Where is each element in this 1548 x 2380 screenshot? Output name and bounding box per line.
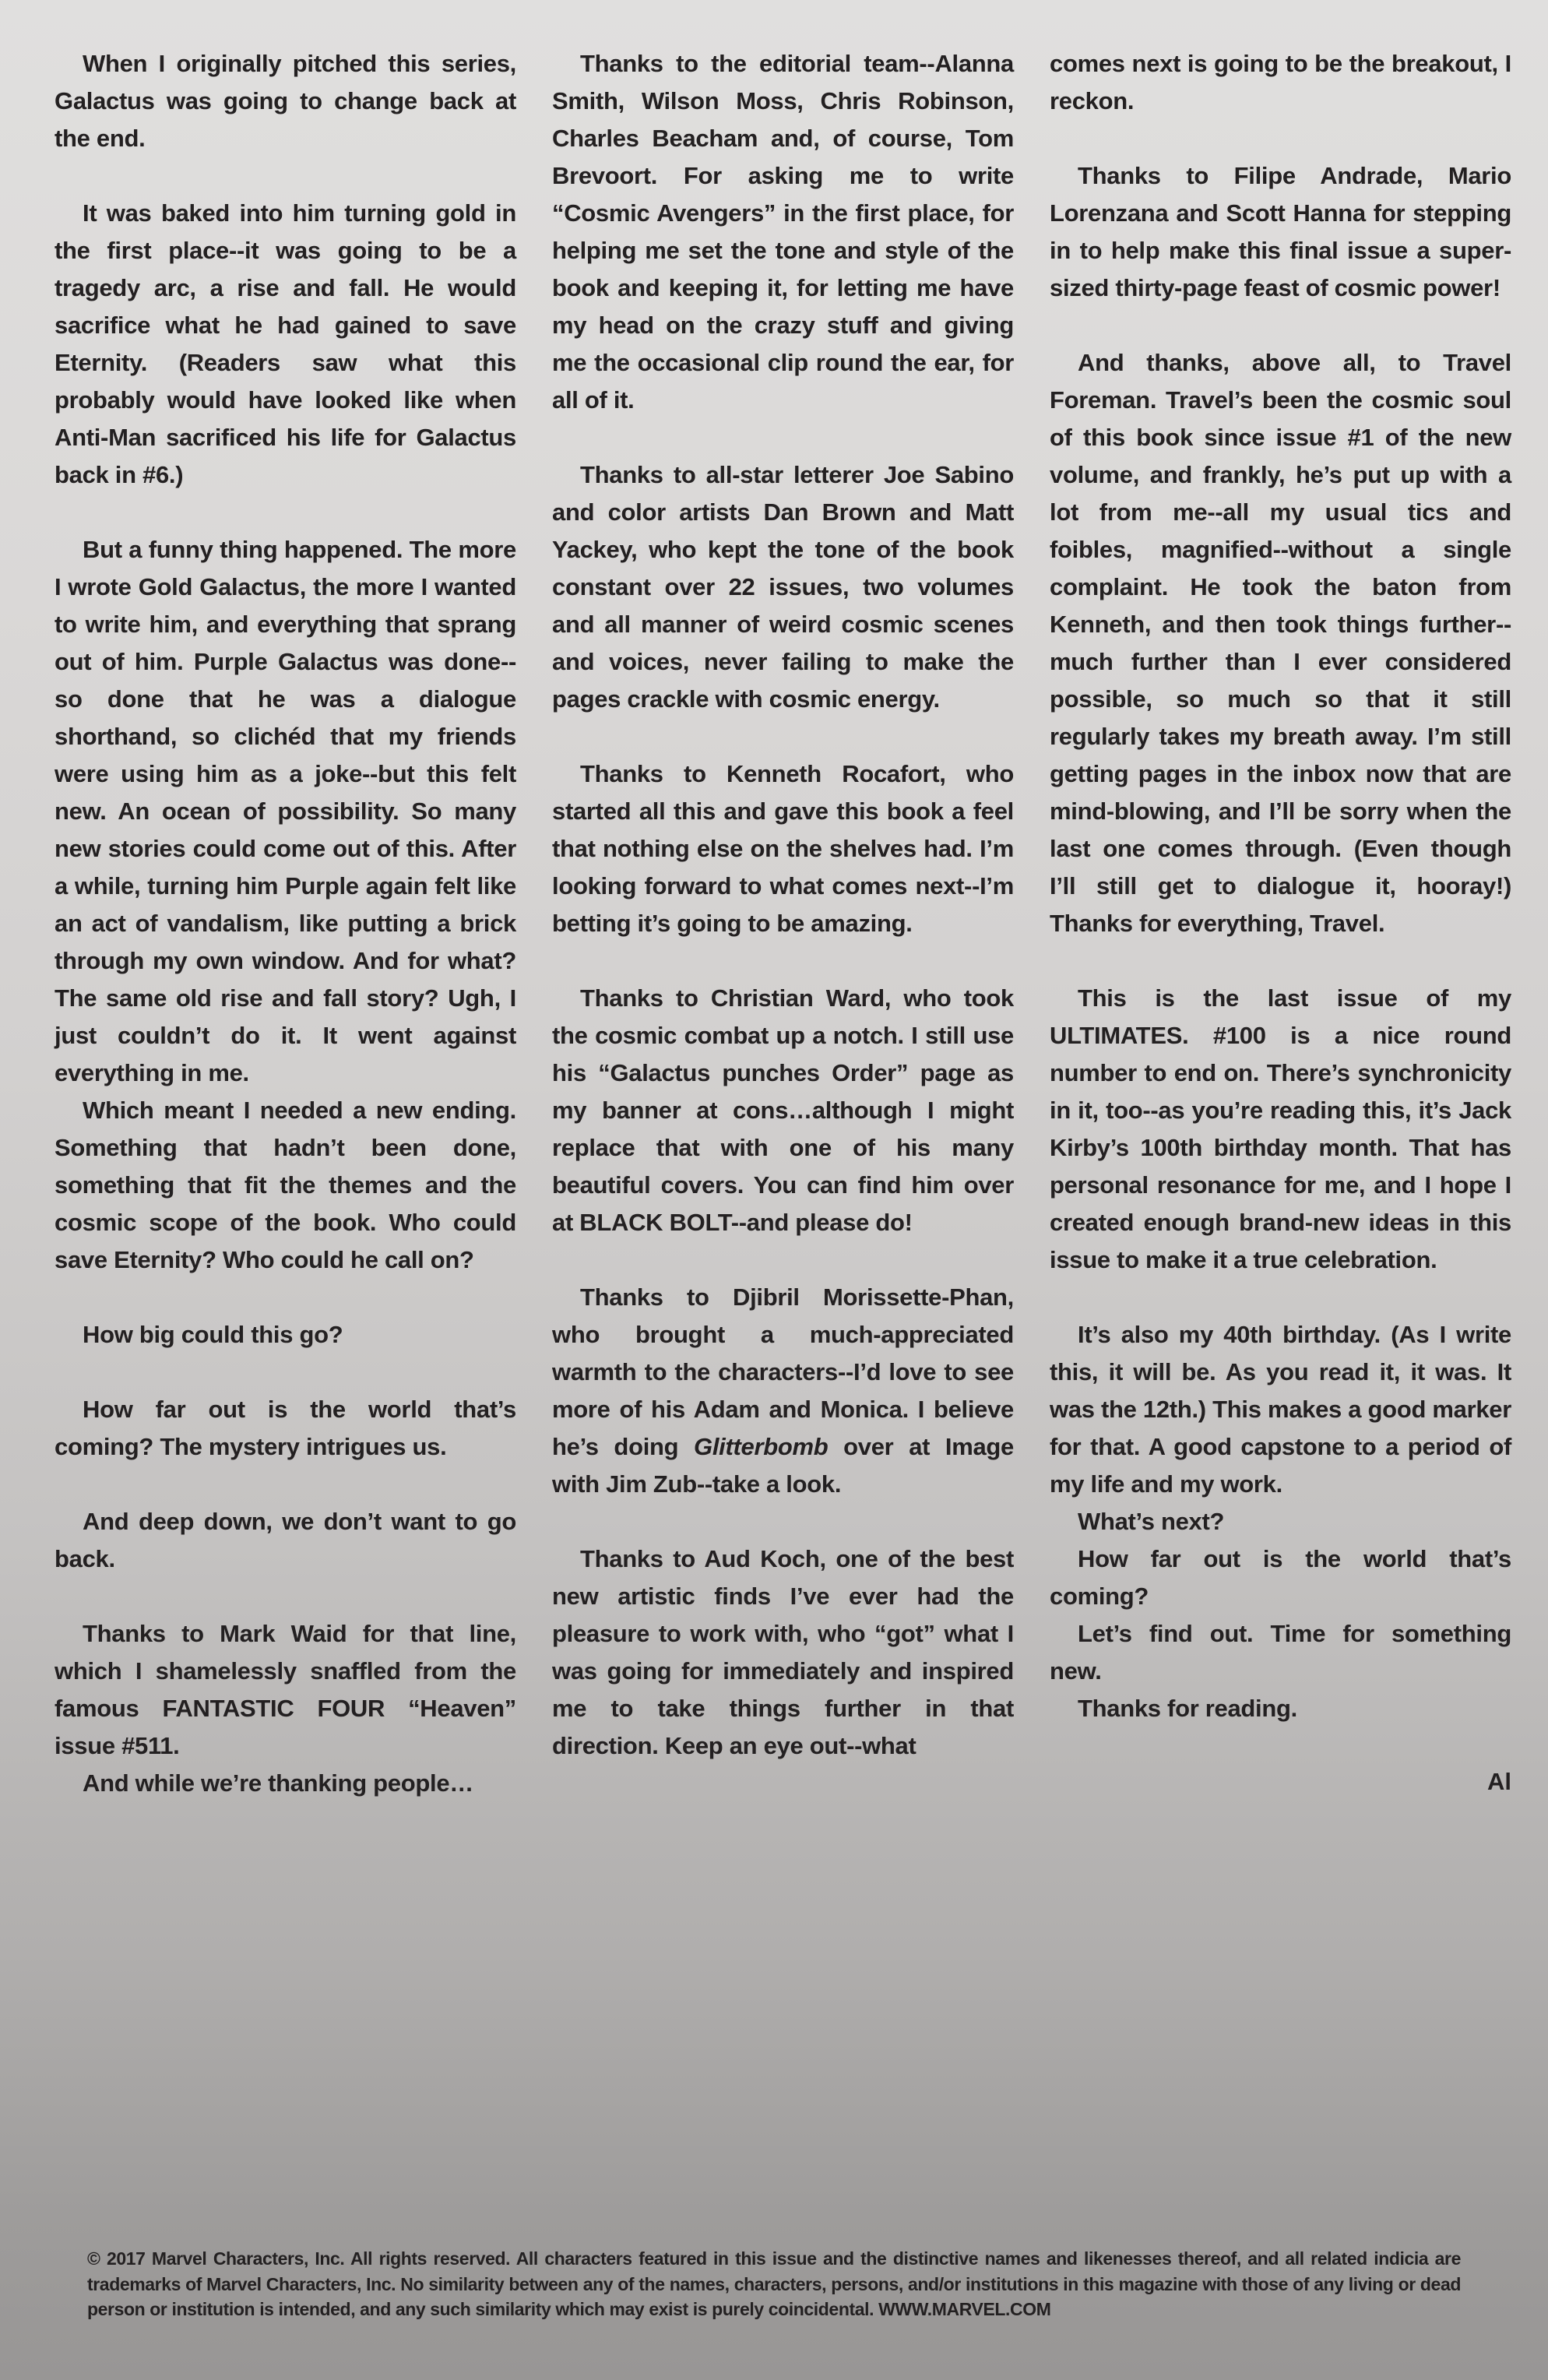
paragraph: Thanks to Kenneth Rocafort, who started … <box>552 755 1014 942</box>
paragraph: What’s next? <box>1050 1503 1511 1540</box>
column-right: comes next is going to be the breakout, … <box>1050 45 1511 1802</box>
paragraph: And deep down, we don’t want to go back. <box>55 1503 516 1578</box>
paragraph: Thanks for reading. <box>1050 1690 1511 1727</box>
column-middle: Thanks to the editorial team--Alanna Smi… <box>552 45 1014 1802</box>
paragraph: Thanks to Aud Koch, one of the best new … <box>552 1540 1014 1765</box>
paragraph: Thanks to Djibril Morissette-Phan, who b… <box>552 1279 1014 1503</box>
paragraph: Thanks to the editorial team--Alanna Smi… <box>552 45 1014 419</box>
paragraph: This is the last issue of my ULTIMATES. … <box>1050 980 1511 1279</box>
author-signature: Al <box>1050 1763 1511 1801</box>
paragraph: It’s also my 40th birthday. (As I write … <box>1050 1316 1511 1503</box>
paragraph: And while we’re thanking people… <box>55 1765 516 1802</box>
paragraph: Thanks to all-star letterer Joe Sabino a… <box>552 456 1014 718</box>
paragraph: Thanks to Filipe Andrade, Mario Lorenzan… <box>1050 157 1511 307</box>
legal-text: © 2017 Marvel Characters, Inc. All right… <box>87 2246 1461 2322</box>
paragraph: It was baked into him turning gold in th… <box>55 195 516 494</box>
paragraph: When I originally pitched this series, G… <box>55 45 516 157</box>
text-columns: When I originally pitched this series, G… <box>55 45 1512 1802</box>
paragraph: Thanks to Christian Ward, who took the c… <box>552 980 1014 1241</box>
paragraph: But a funny thing happened. The more I w… <box>55 531 516 1092</box>
paragraph: And thanks, above all, to Travel Foreman… <box>1050 344 1511 942</box>
column-left: When I originally pitched this series, G… <box>55 45 516 1802</box>
paragraph: Which meant I needed a new ending. Somet… <box>55 1092 516 1279</box>
paragraph: How big could this go? <box>55 1316 516 1354</box>
paragraph: Thanks to Mark Waid for that line, which… <box>55 1615 516 1765</box>
letters-page: { "page": { "background_top_color": "#e0… <box>0 0 1548 2380</box>
paragraph: comes next is going to be the breakout, … <box>1050 45 1511 120</box>
paragraph: How far out is the world that’s coming? <box>1050 1540 1511 1615</box>
italic-title: Glitterbomb <box>694 1433 828 1460</box>
paragraph: Let’s find out. Time for something new. <box>1050 1615 1511 1690</box>
paragraph: How far out is the world that’s coming? … <box>55 1391 516 1466</box>
